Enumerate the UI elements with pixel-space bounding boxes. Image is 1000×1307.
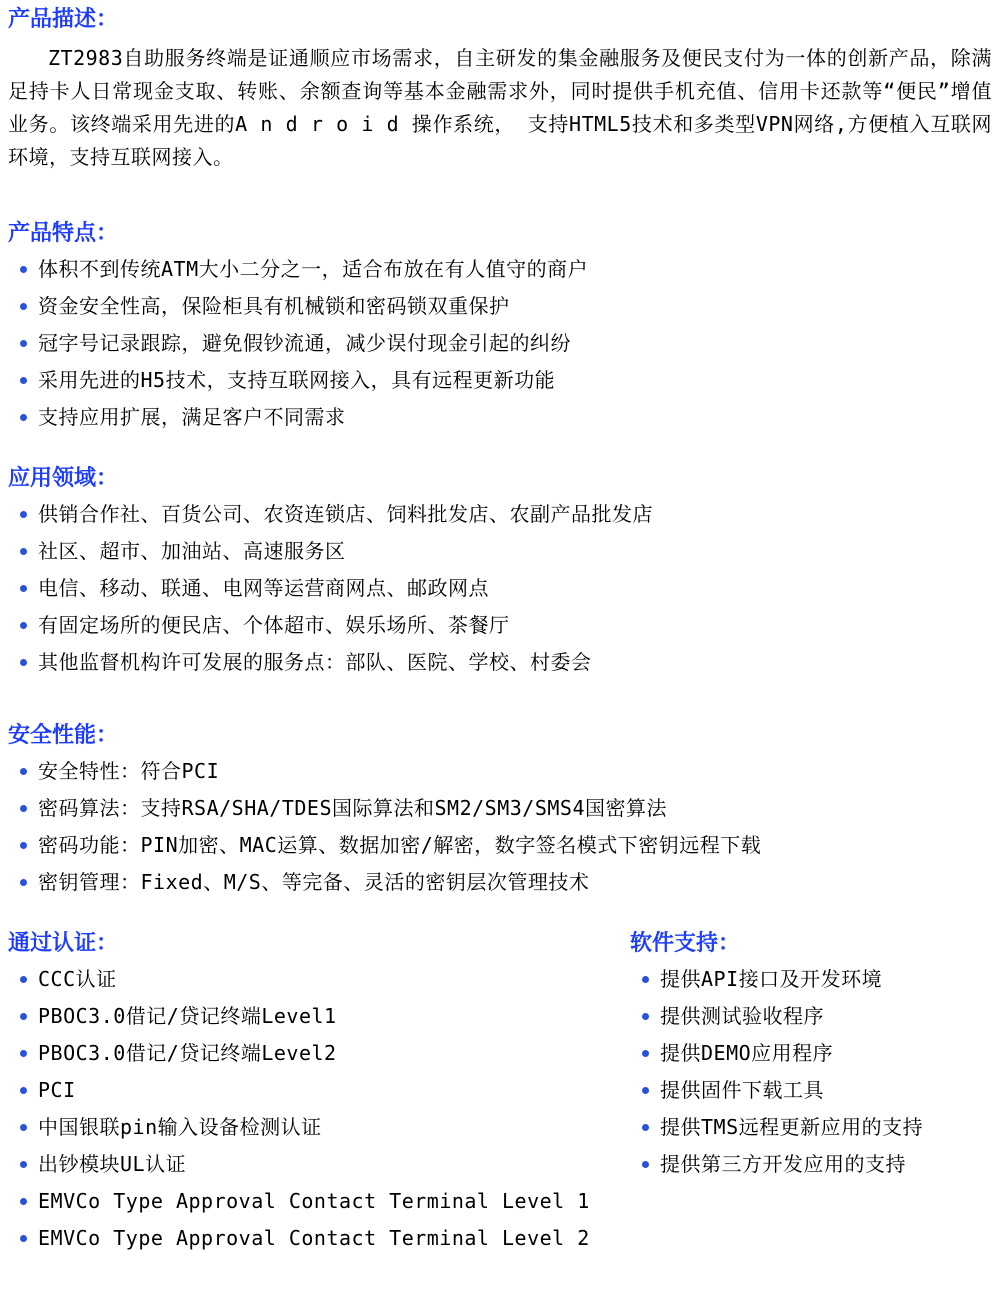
bullet-icon <box>20 303 27 310</box>
section-software-support: 软件支持： 提供API接口及开发环境 提供测试验收程序 提供DEMO应用程序 提… <box>630 930 992 1190</box>
bullet-icon <box>20 622 27 629</box>
bullet-icon <box>20 377 27 384</box>
list-item: 电信、移动、联通、电网等运营商网点、邮政网点 <box>20 577 992 599</box>
list-item-text: 采用先进的H5技术，支持互联网接入，具有远程更新功能 <box>38 369 555 391</box>
bullet-icon <box>642 1124 649 1131</box>
section-application-areas: 应用领域： 供销合作社、百货公司、农资连锁店、饲料批发店、农副产品批发店 社区、… <box>8 465 992 673</box>
list-item-text: 提供DEMO应用程序 <box>660 1042 833 1064</box>
list-item-text: 冠字号记录跟踪，避免假钞流通，减少误付现金引起的纠纷 <box>38 332 571 354</box>
list-item: EMVCo Type Approval Contact Terminal Lev… <box>20 1190 630 1212</box>
security-performance-list: 安全特性：符合PCI 密码算法：支持RSA/SHA/TDES国际算法和SM2/S… <box>8 760 992 893</box>
list-item: 密码功能：PIN加密、MAC运算、数据加密/解密，数字签名模式下密钥远程下载 <box>20 834 992 856</box>
bullet-icon <box>20 585 27 592</box>
list-item: 其他监督机构许可发展的服务点：部队、医院、学校、村委会 <box>20 651 992 673</box>
list-item: PCI <box>20 1079 630 1101</box>
list-item: 体积不到传统ATM大小二分之一，适合布放在有人值守的商户 <box>20 258 992 280</box>
bullet-icon <box>20 976 27 983</box>
list-item: 有固定场所的便民店、个体超市、娱乐场所、茶餐厅 <box>20 614 992 636</box>
section-certifications: 通过认证： CCC认证 PBOC3.0借记/贷记终端Level1 PBOC3.0… <box>8 930 630 1264</box>
list-item-text: 密钥管理：Fixed、M/S、等完备、灵活的密钥层次管理技术 <box>38 871 589 893</box>
list-item-text: 电信、移动、联通、电网等运营商网点、邮政网点 <box>38 577 489 599</box>
certifications-software-columns: 通过认证： CCC认证 PBOC3.0借记/贷记终端Level1 PBOC3.0… <box>8 930 992 1264</box>
list-item-text: 其他监督机构许可发展的服务点：部队、医院、学校、村委会 <box>38 651 592 673</box>
certifications-heading: 通过认证： <box>8 930 630 958</box>
list-item-text: 资金安全性高，保险柜具有机械锁和密码锁双重保护 <box>38 295 510 317</box>
application-areas-list: 供销合作社、百货公司、农资连锁店、饲料批发店、农副产品批发店 社区、超市、加油站… <box>8 503 992 673</box>
list-item: 提供TMS远程更新应用的支持 <box>642 1116 992 1138</box>
bullet-icon <box>20 1087 27 1094</box>
list-item: 供销合作社、百货公司、农资连锁店、饲料批发店、农副产品批发店 <box>20 503 992 525</box>
list-item: PBOC3.0借记/贷记终端Level2 <box>20 1042 630 1064</box>
list-item: 提供第三方开发应用的支持 <box>642 1153 992 1175</box>
certifications-list: CCC认证 PBOC3.0借记/贷记终端Level1 PBOC3.0借记/贷记终… <box>8 968 630 1249</box>
bullet-icon <box>20 266 27 273</box>
product-datasheet-page: { "colors": { "heading_blue": "#1c3cff",… <box>0 0 1000 1307</box>
bullet-icon <box>642 1087 649 1094</box>
bullet-icon <box>642 1050 649 1057</box>
list-item-text: 供销合作社、百货公司、农资连锁店、饲料批发店、农副产品批发店 <box>38 503 653 525</box>
list-item-text: 社区、超市、加油站、高速服务区 <box>38 540 346 562</box>
list-item-text: 提供API接口及开发环境 <box>660 968 882 990</box>
list-item: 资金安全性高，保险柜具有机械锁和密码锁双重保护 <box>20 295 992 317</box>
software-support-heading: 软件支持： <box>630 930 992 958</box>
list-item-text: 支持应用扩展，满足客户不同需求 <box>38 406 346 428</box>
software-support-list: 提供API接口及开发环境 提供测试验收程序 提供DEMO应用程序 提供固件下载工… <box>630 968 992 1175</box>
bullet-icon <box>20 1124 27 1131</box>
bullet-icon <box>20 768 27 775</box>
product-description-heading: 产品描述： <box>8 6 992 34</box>
application-areas-heading: 应用领域： <box>8 465 992 493</box>
list-item: 安全特性：符合PCI <box>20 760 992 782</box>
list-item: 中国银联pin输入设备检测认证 <box>20 1116 630 1138</box>
bullet-icon <box>20 340 27 347</box>
section-product-features: 产品特点： 体积不到传统ATM大小二分之一，适合布放在有人值守的商户 资金安全性… <box>8 220 992 428</box>
list-item-text: PCI <box>38 1079 76 1101</box>
bullet-icon <box>20 842 27 849</box>
product-features-list: 体积不到传统ATM大小二分之一，适合布放在有人值守的商户 资金安全性高，保险柜具… <box>8 258 992 428</box>
list-item-text: EMVCo Type Approval Contact Terminal Lev… <box>38 1227 590 1249</box>
list-item: 社区、超市、加油站、高速服务区 <box>20 540 992 562</box>
list-item: 提供测试验收程序 <box>642 1005 992 1027</box>
list-item-text: 提供TMS远程更新应用的支持 <box>660 1116 923 1138</box>
bullet-icon <box>642 1161 649 1168</box>
bullet-icon <box>20 1161 27 1168</box>
bullet-icon <box>642 976 649 983</box>
list-item: 密钥管理：Fixed、M/S、等完备、灵活的密钥层次管理技术 <box>20 871 992 893</box>
list-item: 提供DEMO应用程序 <box>642 1042 992 1064</box>
list-item-text: 提供第三方开发应用的支持 <box>660 1153 906 1175</box>
list-item-text: 中国银联pin输入设备检测认证 <box>38 1116 322 1138</box>
list-item: PBOC3.0借记/贷记终端Level1 <box>20 1005 630 1027</box>
list-item-text: PBOC3.0借记/贷记终端Level2 <box>38 1042 337 1064</box>
bullet-icon <box>20 414 27 421</box>
list-item: 冠字号记录跟踪，避免假钞流通，减少误付现金引起的纠纷 <box>20 332 992 354</box>
section-product-description: 产品描述： ZT2983自助服务终端是证通顺应市场需求，自主研发的集金融服务及便… <box>8 6 992 174</box>
bullet-icon <box>20 1198 27 1205</box>
list-item-text: 密码算法：支持RSA/SHA/TDES国际算法和SM2/SM3/SMS4国密算法 <box>38 797 667 819</box>
list-item: EMVCo Type Approval Contact Terminal Lev… <box>20 1227 630 1249</box>
list-item: 支持应用扩展，满足客户不同需求 <box>20 406 992 428</box>
list-item: 采用先进的H5技术，支持互联网接入，具有远程更新功能 <box>20 369 992 391</box>
bullet-icon <box>20 879 27 886</box>
list-item: 提供固件下载工具 <box>642 1079 992 1101</box>
list-item-text: 有固定场所的便民店、个体超市、娱乐场所、茶餐厅 <box>38 614 510 636</box>
list-item-text: 出钞模块UL认证 <box>38 1153 186 1175</box>
security-performance-heading: 安全性能： <box>8 722 992 750</box>
list-item-text: 提供固件下载工具 <box>660 1079 824 1101</box>
list-item: 提供API接口及开发环境 <box>642 968 992 990</box>
list-item: 出钞模块UL认证 <box>20 1153 630 1175</box>
bullet-icon <box>20 511 27 518</box>
product-description-paragraph: ZT2983自助服务终端是证通顺应市场需求，自主研发的集金融服务及便民支付为一体… <box>8 42 992 174</box>
list-item-text: PBOC3.0借记/贷记终端Level1 <box>38 1005 337 1027</box>
list-item: 密码算法：支持RSA/SHA/TDES国际算法和SM2/SM3/SMS4国密算法 <box>20 797 992 819</box>
list-item: CCC认证 <box>20 968 630 990</box>
bullet-icon <box>20 1050 27 1057</box>
bullet-icon <box>20 1013 27 1020</box>
bullet-icon <box>20 805 27 812</box>
list-item-text: 密码功能：PIN加密、MAC运算、数据加密/解密，数字签名模式下密钥远程下载 <box>38 834 761 856</box>
bullet-icon <box>20 1235 27 1242</box>
list-item-text: 体积不到传统ATM大小二分之一，适合布放在有人值守的商户 <box>38 258 588 280</box>
section-security-performance: 安全性能： 安全特性：符合PCI 密码算法：支持RSA/SHA/TDES国际算法… <box>8 722 992 893</box>
list-item-text: CCC认证 <box>38 968 117 990</box>
list-item-text: 提供测试验收程序 <box>660 1005 824 1027</box>
list-item-text: EMVCo Type Approval Contact Terminal Lev… <box>38 1190 590 1212</box>
product-features-heading: 产品特点： <box>8 220 992 248</box>
bullet-icon <box>20 659 27 666</box>
bullet-icon <box>20 548 27 555</box>
list-item-text: 安全特性：符合PCI <box>38 760 219 782</box>
bullet-icon <box>642 1013 649 1020</box>
